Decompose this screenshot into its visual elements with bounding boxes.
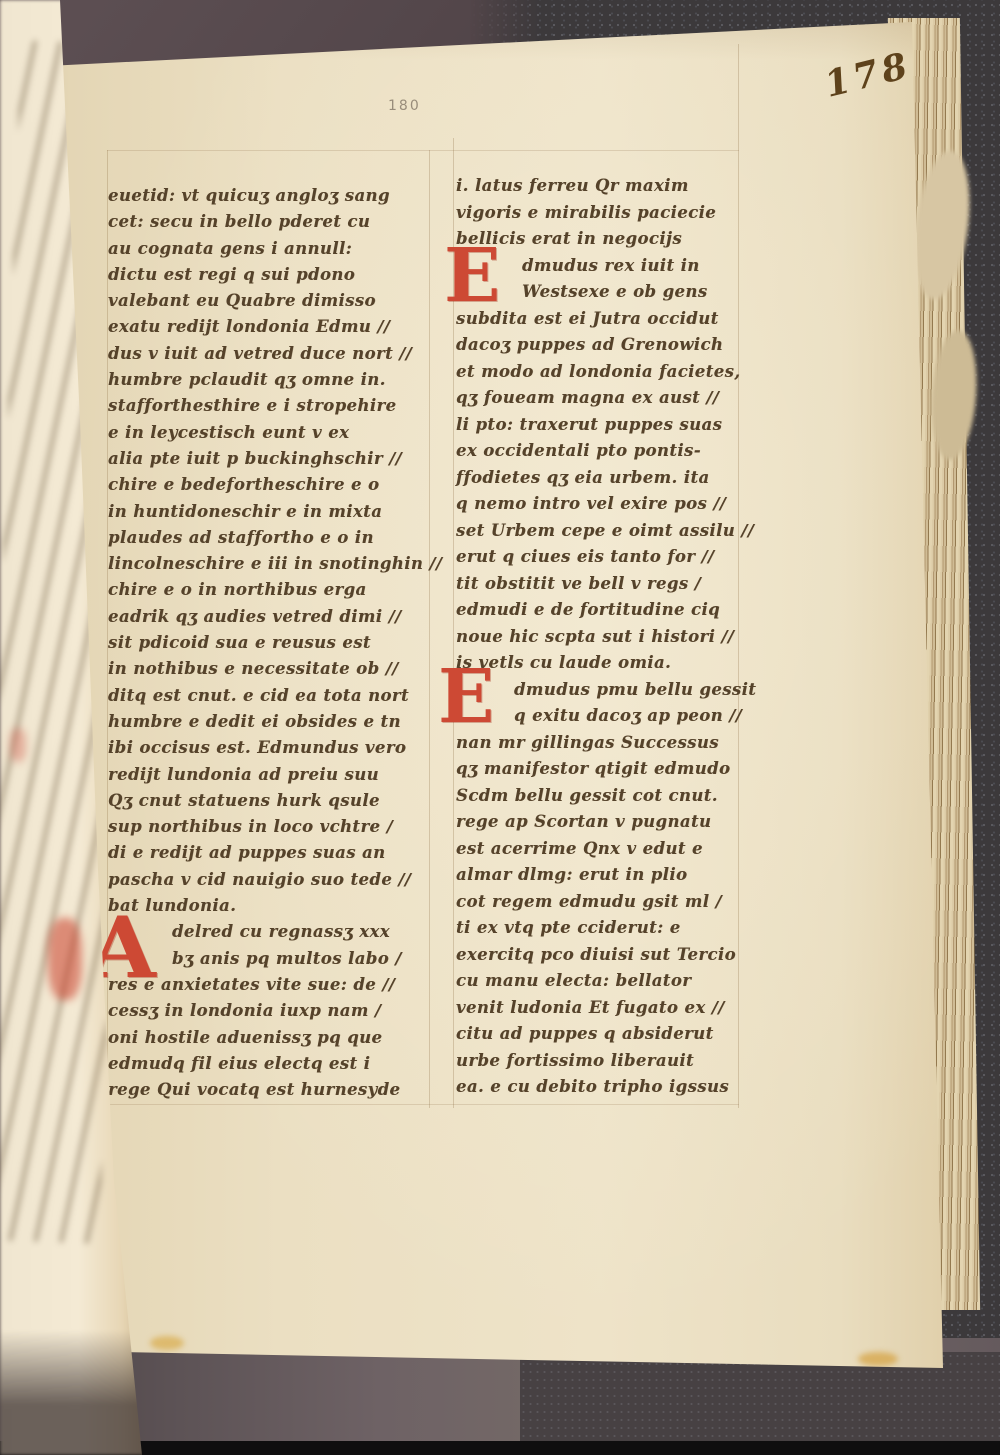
manuscript-line: cessʒ in londonia iuxp nam ∕	[108, 998, 436, 1024]
manuscript-line: stafforthesthire e i stropehire	[108, 393, 436, 419]
manuscript-line: dictu est regi q sui pdono	[108, 262, 436, 288]
manuscript-line: is vetls cu laude omia.	[456, 650, 758, 677]
manuscript-line: euetid: vt quicuʒ angloʒ sang	[108, 183, 436, 209]
manuscript-line: tit obstitit ve bell v regs ∕	[456, 571, 758, 598]
manuscript-line: exatu redijt londonia Edmu ∕∕	[108, 314, 436, 340]
manuscript-line: nan mr gillingas Successus	[456, 730, 758, 757]
manuscript-line: dacoʒ puppes ad Grenowich	[456, 332, 758, 359]
manuscript-line: au cognata gens i annull:	[108, 236, 436, 262]
manuscript-line: noue hic scpta sut i histori ∕∕	[456, 624, 758, 651]
manuscript-text-lines: euetid: vt quicuʒ angloʒ sangcet: secu i…	[108, 183, 436, 1103]
manuscript-line: lincolneschire e iii in snotinghin ∕∕	[108, 551, 436, 577]
manuscript-line: qʒ manifestor qtigit edmudo	[456, 756, 758, 783]
manuscript-line: ti ex vtq pte cciderut: e	[456, 915, 758, 942]
manuscript-line: dmudus rex iuit in	[456, 253, 758, 280]
manuscript-line: pascha v cid nauigio suo tede ∕∕	[108, 867, 436, 893]
bottom-black-strip	[0, 1441, 1000, 1455]
folio-number-pencil: 180	[388, 98, 421, 114]
text-column-right: E E i. latus ferreu Qr maximvigoris e mi…	[456, 173, 758, 1101]
manuscript-line: q exitu dacoʒ ap peon ∕∕	[456, 703, 758, 730]
facing-page-shadow	[0, 1330, 152, 1455]
manuscript-line: ex occidentali pto pontis-	[456, 438, 758, 465]
manuscript-line: chire e o in northibus erga	[108, 577, 436, 603]
manuscript-line: q nemo intro vel exire pos ∕∕	[456, 491, 758, 518]
manuscript-line: bellicis erat in negocijs	[456, 226, 758, 253]
manuscript-line: edmudq fil eius electq est i	[108, 1051, 436, 1077]
manuscript-line: cu manu electa: bellator	[456, 968, 758, 995]
manuscript-line: alia pte iuit p buckinghschir ∕∕	[108, 446, 436, 472]
manuscript-line: oni hostile aduenissʒ pq que	[108, 1025, 436, 1051]
ruling-line-top	[107, 150, 739, 151]
manuscript-line: cet: secu in bello pderet cu	[108, 209, 436, 235]
manuscript-line: dmudus pmu bellu gessit	[456, 677, 758, 704]
manuscript-line: in nothibus e necessitate ob ∕∕	[108, 656, 436, 682]
manuscript-line: qʒ foueam magna ex aust ∕∕	[456, 385, 758, 412]
rubric-smudge	[48, 918, 82, 1000]
manuscript-line: ffodietes qʒ eia urbem. ita	[456, 465, 758, 492]
manuscript-line: almar dlmg: erut in plio	[456, 862, 758, 889]
manuscript-line: bʒ anis pq multos labo ∕	[108, 946, 436, 972]
manuscript-line: delred cu regnassʒ xxx	[108, 919, 436, 945]
manuscript-line: venit ludonia Et fugato ex ∕∕	[456, 995, 758, 1022]
manuscript-line: res e anxietates vite sue: de ∕∕	[108, 972, 436, 998]
manuscript-line: humbre pclaudit qʒ omne in.	[108, 367, 436, 393]
manuscript-line: ditq est cnut. e cid ea tota nort	[108, 683, 436, 709]
manuscript-line: sup northibus in loco vchtre ∕	[108, 814, 436, 840]
manuscript-line: bat lundonia.	[108, 893, 436, 919]
manuscript-line: erut q ciues eis tanto for ∕∕	[456, 544, 758, 571]
manuscript-line: sit pdicoid sua e reusus est	[108, 630, 436, 656]
manuscript-line: Westsexe e ob gens	[456, 279, 758, 306]
text-column-left: A euetid: vt quicuʒ angloʒ sangcet: secu…	[108, 183, 436, 1103]
manuscript-line: valebant eu Quabre dimisso	[108, 288, 436, 314]
ruling-line-bottom	[107, 1104, 739, 1105]
manuscript-line: dus v iuit ad vetred duce nort ∕∕	[108, 341, 436, 367]
manuscript-line: Qʒ cnut statuens hurk qsule	[108, 788, 436, 814]
manuscript-line: rege ap Scortan v pugnatu	[456, 809, 758, 836]
manuscript-line: ibi occisus est. Edmundus vero	[108, 735, 436, 761]
manuscript-line: plaudes ad staffortho e o in	[108, 525, 436, 551]
manuscript-line: eadrik qʒ audies vetred dimi ∕∕	[108, 604, 436, 630]
manuscript-line: citu ad puppes q absiderut	[456, 1021, 758, 1048]
manuscript-text-lines: i. latus ferreu Qr maximvigoris e mirabi…	[456, 173, 758, 1101]
manuscript-page: 178. 180 A euetid: vt quicuʒ angloʒ sang…	[0, 0, 1000, 1455]
parchment-stain	[150, 1336, 184, 1350]
manuscript-line: urbe fortissimo liberauit	[456, 1048, 758, 1075]
manuscript-line: Scdm bellu gessit cot cnut.	[456, 783, 758, 810]
manuscript-line: chire e bedefortheschire e o	[108, 472, 436, 498]
rubric-dropcap-e-1: E	[444, 243, 500, 309]
rubric-dropcap-e-2: E	[438, 664, 494, 730]
rubric-smudge	[10, 728, 26, 762]
manuscript-line: i. latus ferreu Qr maxim	[456, 173, 758, 200]
manuscript-line: edmudi e de fortitudine ciq	[456, 597, 758, 624]
manuscript-line: di e redijt ad puppes suas an	[108, 840, 436, 866]
manuscript-line: vigoris e mirabilis paciecie	[456, 200, 758, 227]
manuscript-line: humbre e dedit ei obsides e tn	[108, 709, 436, 735]
manuscript-line: e in leycestisch eunt v ex	[108, 420, 436, 446]
manuscript-line: exercitq pco diuisi sut Tercio	[456, 942, 758, 969]
manuscript-line: est acerrime Qnx v edut e	[456, 836, 758, 863]
manuscript-line: subdita est ei Jutra occidut	[456, 306, 758, 333]
manuscript-line: ea. e cu debito tripho igssus	[456, 1074, 758, 1101]
manuscript-line: li pto: traxerut puppes suas	[456, 412, 758, 439]
manuscript-line: in huntidoneschir e in mixta	[108, 499, 436, 525]
parchment-stain	[858, 1352, 898, 1366]
photo-scene: 178. 180 A euetid: vt quicuʒ angloʒ sang…	[0, 0, 1000, 1455]
manuscript-line: et modo ad londonia facietes,	[456, 359, 758, 386]
manuscript-line: rege Qui vocatq est hurnesyde	[108, 1077, 436, 1103]
manuscript-line: cot regem edmudu gsit ml ∕	[456, 889, 758, 916]
manuscript-line: set Urbem cepe e oimt assilu ∕∕	[456, 518, 758, 545]
manuscript-line: redijt lundonia ad preiu suu	[108, 762, 436, 788]
